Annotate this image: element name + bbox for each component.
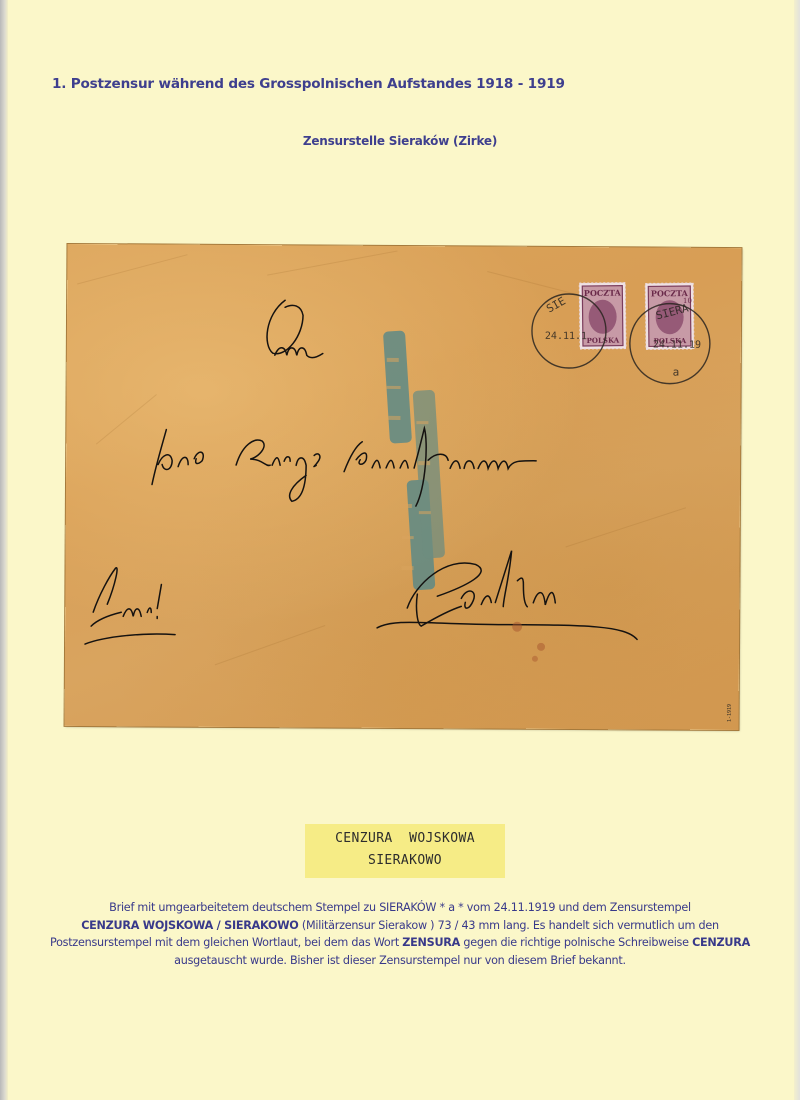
printer-mark: 1-1919 — [727, 692, 733, 722]
description-part-3: gegen die richtige polnische Schreibweis… — [460, 936, 692, 949]
handwritten-address — [85, 299, 639, 647]
svg-text:SIE: SIE — [544, 294, 568, 315]
description-bold-3: CENZURA — [692, 936, 750, 949]
description-bold-1: CENZURA WOJSKOWA / SIERAKOWO — [81, 919, 298, 932]
svg-text:a: a — [673, 366, 680, 379]
description-text: Brief mit umgearbeitetem deutschem Stemp… — [30, 899, 770, 969]
description-part-1: Brief mit umgearbeitetem deutschem Stemp… — [109, 901, 691, 914]
stamp-line-2: SIERAKOWO — [305, 850, 505, 872]
page-title: 1. Postzensur während des Grosspolnische… — [52, 76, 565, 92]
stamp-line-1: CENZURA WOJSKOWA — [305, 828, 505, 850]
svg-text:24.11.1: 24.11.1 — [545, 331, 587, 342]
censor-stamp-reproduction: CENZURA WOJSKOWA SIERAKOWO — [305, 824, 505, 878]
svg-text:POCZTA: POCZTA — [584, 288, 622, 298]
svg-text:24.11.19: 24.11.19 — [653, 340, 701, 351]
envelope-image: POCZTA POLSKA POCZTA POLSKA 10 SIE 24.11… — [65, 244, 742, 730]
page-subtitle: Zensurstelle Sieraków (Zirke) — [0, 134, 800, 148]
page-left-edge — [0, 0, 8, 1100]
page-right-edge — [794, 0, 800, 1100]
envelope-markings: POCZTA POLSKA POCZTA POLSKA 10 SIE 24.11… — [65, 244, 742, 730]
description-part-4: ausgetauscht wurde. Bisher ist dieser Ze… — [174, 954, 626, 967]
description-bold-2: ZENSURA — [402, 936, 460, 949]
